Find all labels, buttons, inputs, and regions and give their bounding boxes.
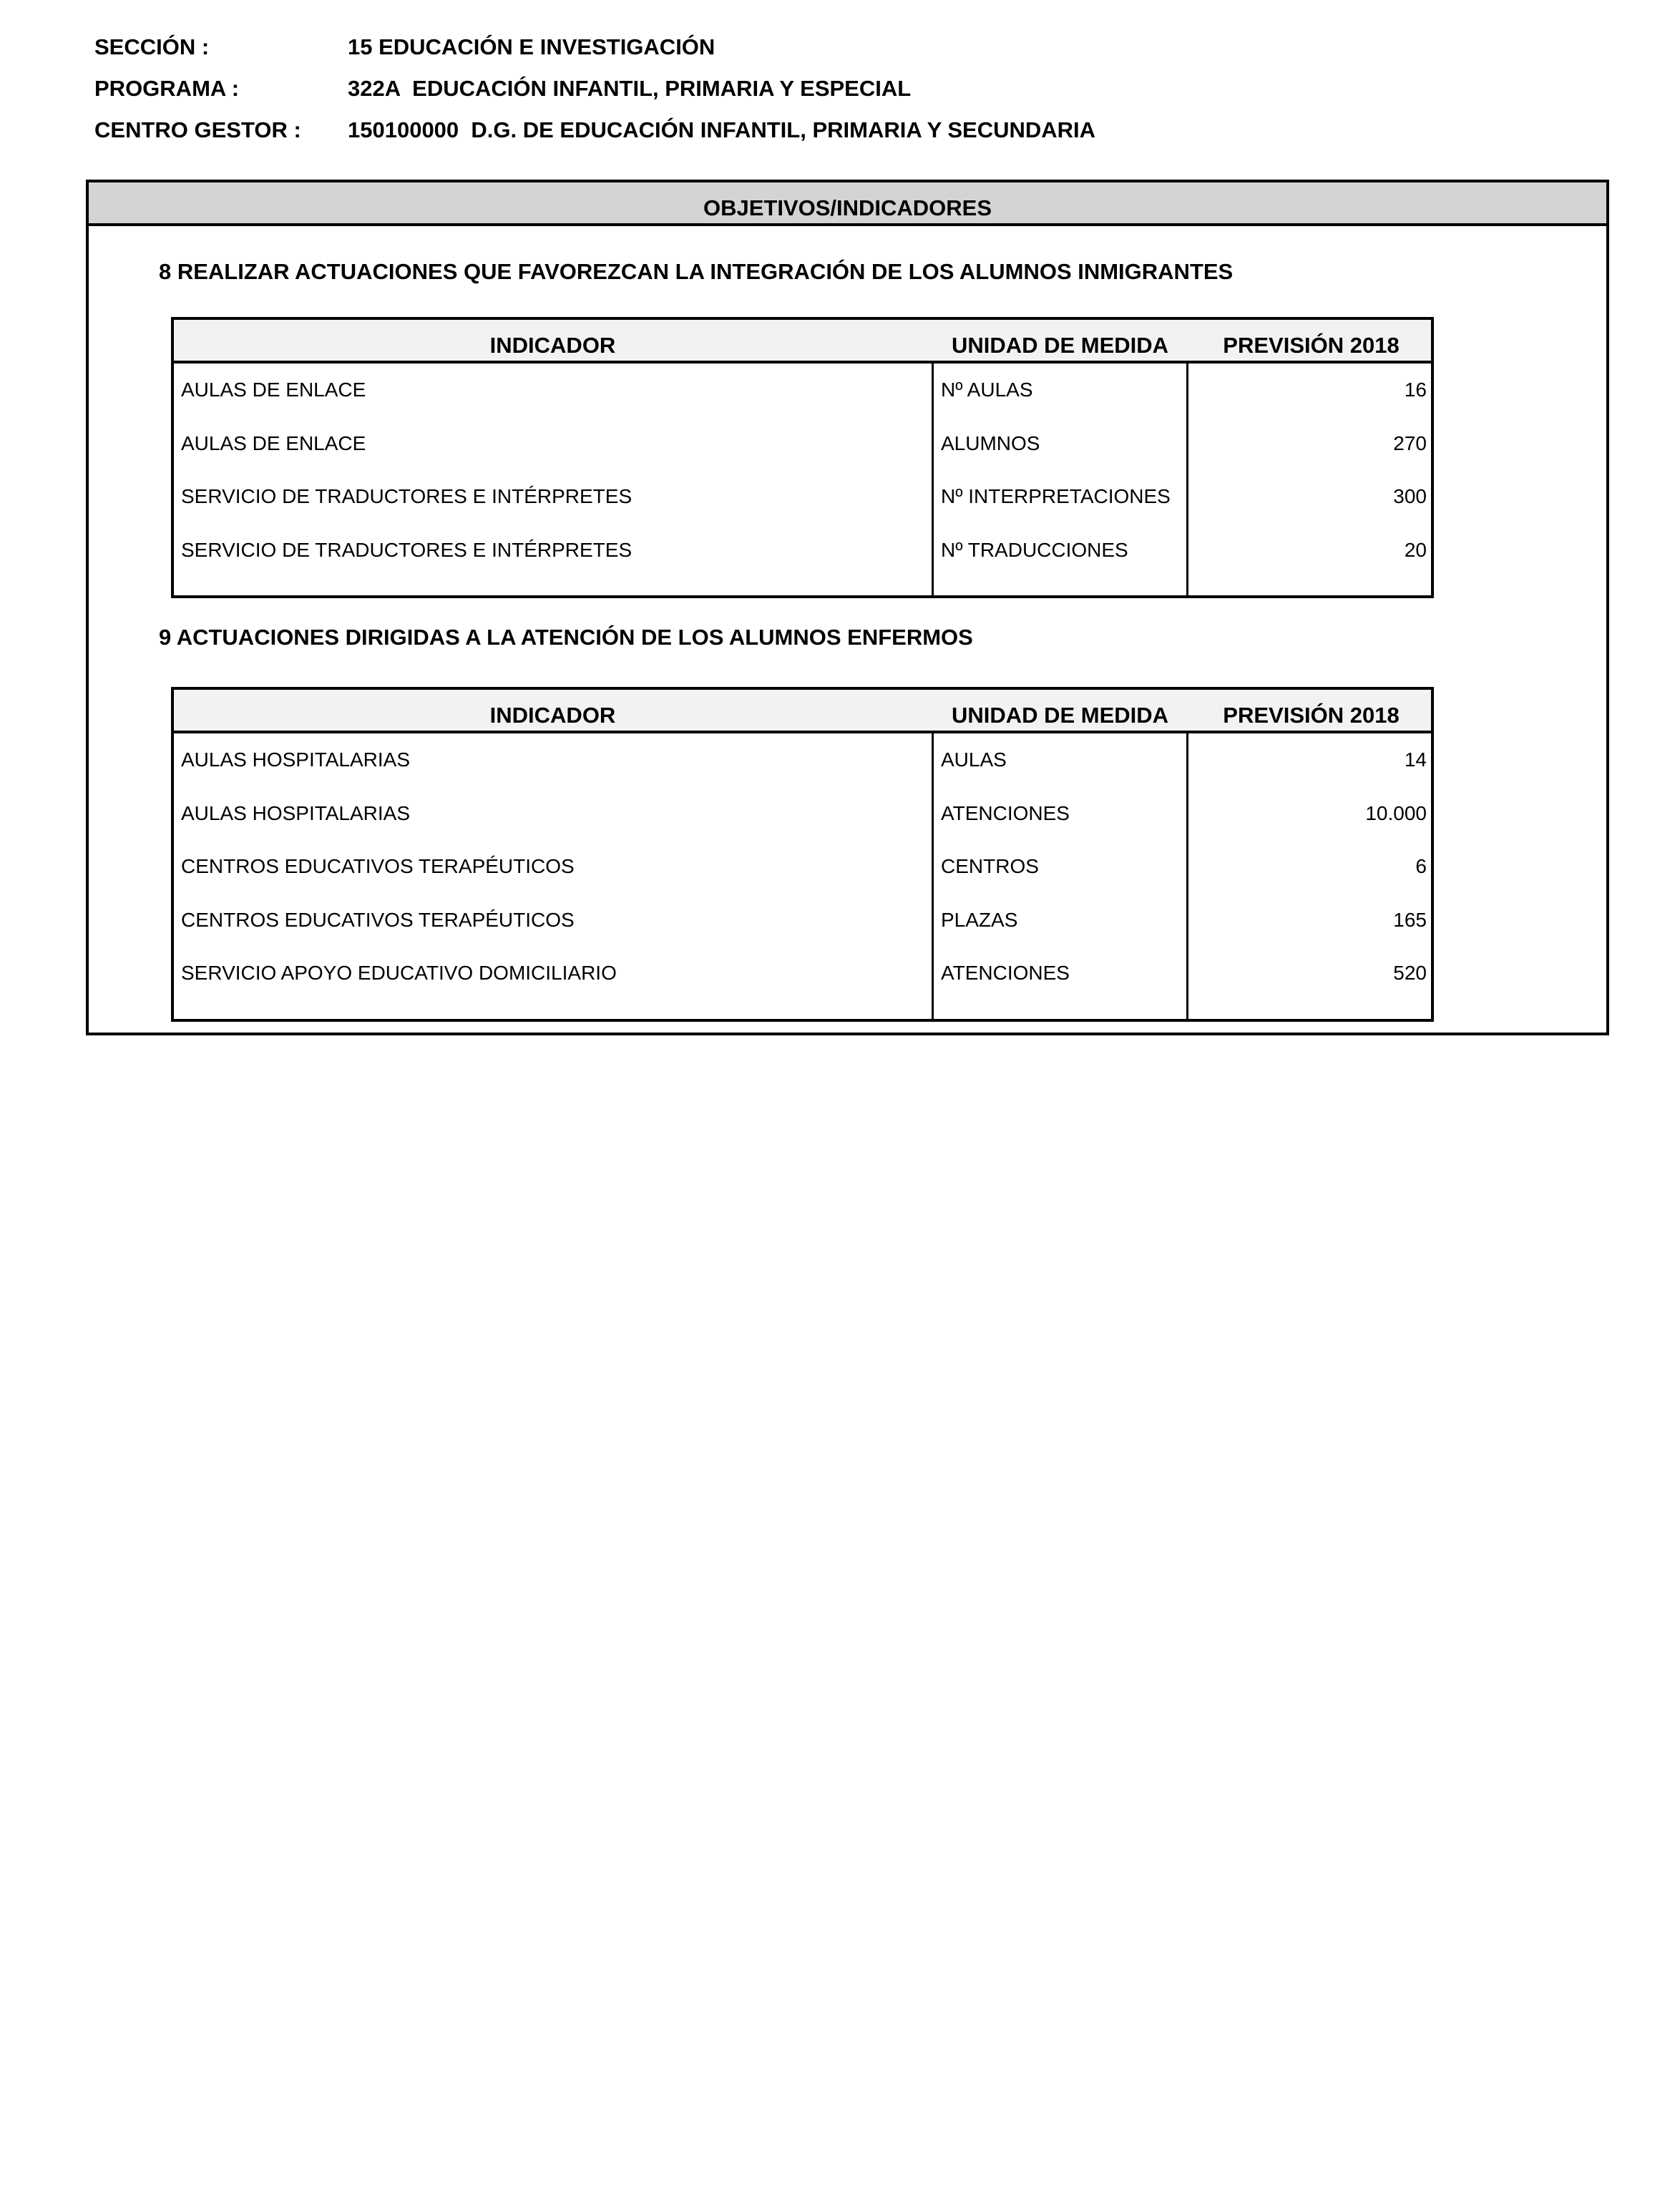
unit-cell: Nº AULAS xyxy=(934,363,1186,416)
forecast-cell: 6 xyxy=(1188,840,1434,893)
forecast-cell: 165 xyxy=(1188,894,1434,947)
indicator-cell: AULAS HOSPITALARIAS xyxy=(174,787,932,840)
unit-cell: CENTROS xyxy=(934,840,1186,893)
indicators-table: INDICADOR UNIDAD DE MEDIDA PREVISIÓN 201… xyxy=(171,687,1434,1022)
column-header-unidad: UNIDAD DE MEDIDA xyxy=(934,320,1186,361)
unit-cell: AULAS xyxy=(934,733,1186,786)
unit-cell: Nº INTERPRETACIONES xyxy=(934,470,1186,523)
table-padding xyxy=(174,1000,1431,1019)
table-row: AULAS HOSPITALARIASATENCIONES10.000 xyxy=(174,787,1431,841)
seccion-label: SECCIÓN : xyxy=(94,34,209,60)
table-row: CENTROS EDUCATIVOS TERAPÉUTICOSCENTROS6 xyxy=(174,840,1431,894)
unit-cell: Nº TRADUCCIONES xyxy=(934,524,1186,577)
indicator-cell: AULAS HOSPITALARIAS xyxy=(174,733,932,786)
indicator-cell: SERVICIO DE TRADUCTORES E INTÉRPRETES xyxy=(174,524,932,577)
centro-gestor-value: 150100000 D.G. DE EDUCACIÓN INFANTIL, PR… xyxy=(348,117,1095,143)
table-row: AULAS HOSPITALARIASAULAS14 xyxy=(174,733,1431,787)
forecast-cell: 20 xyxy=(1188,524,1434,577)
indicator-cell: CENTROS EDUCATIVOS TERAPÉUTICOS xyxy=(174,894,932,947)
table-header: INDICADOR UNIDAD DE MEDIDA PREVISIÓN 201… xyxy=(174,690,1431,733)
forecast-cell: 10.000 xyxy=(1188,787,1434,840)
column-header-indicador: INDICADOR xyxy=(174,690,932,731)
unit-cell: ATENCIONES xyxy=(934,947,1186,1000)
objectives-box: OBJETIVOS/INDICADORES 8 REALIZAR ACTUACI… xyxy=(86,180,1609,1035)
centro-gestor-label: CENTRO GESTOR : xyxy=(94,117,301,143)
forecast-cell: 16 xyxy=(1188,363,1434,416)
programa-value: 322A EDUCACIÓN INFANTIL, PRIMARIA Y ESPE… xyxy=(348,76,911,102)
unit-cell: ALUMNOS xyxy=(934,417,1186,470)
programa-label: PROGRAMA : xyxy=(94,76,239,102)
column-header-unidad: UNIDAD DE MEDIDA xyxy=(934,690,1186,731)
indicators-table: INDICADOR UNIDAD DE MEDIDA PREVISIÓN 201… xyxy=(171,317,1434,598)
table-body: AULAS HOSPITALARIASAULAS14AULAS HOSPITAL… xyxy=(174,733,1431,1019)
objective-title: 8 REALIZAR ACTUACIONES QUE FAVOREZCAN LA… xyxy=(159,259,1233,285)
forecast-cell: 270 xyxy=(1188,417,1434,470)
forecast-cell: 520 xyxy=(1188,947,1434,1000)
table-row: AULAS DE ENLACENº AULAS16 xyxy=(174,363,1431,417)
indicator-cell: SERVICIO APOYO EDUCATIVO DOMICILIARIO xyxy=(174,947,932,1000)
table-row: CENTROS EDUCATIVOS TERAPÉUTICOSPLAZAS165 xyxy=(174,894,1431,947)
indicator-cell: AULAS DE ENLACE xyxy=(174,417,932,470)
table-row: SERVICIO APOYO EDUCATIVO DOMICILIARIOATE… xyxy=(174,947,1431,1000)
table-padding xyxy=(174,577,1431,595)
objective-title: 9 ACTUACIONES DIRIGIDAS A LA ATENCIÓN DE… xyxy=(159,625,973,650)
indicator-cell: AULAS DE ENLACE xyxy=(174,363,932,416)
table-row: SERVICIO DE TRADUCTORES E INTÉRPRETESNº … xyxy=(174,470,1431,524)
indicator-cell: CENTROS EDUCATIVOS TERAPÉUTICOS xyxy=(174,840,932,893)
section-title: OBJETIVOS/INDICADORES xyxy=(89,182,1606,226)
unit-cell: PLAZAS xyxy=(934,894,1186,947)
seccion-value: 15 EDUCACIÓN E INVESTIGACIÓN xyxy=(348,34,715,60)
column-header-indicador: INDICADOR xyxy=(174,320,932,361)
table-row: AULAS DE ENLACEALUMNOS270 xyxy=(174,417,1431,471)
table-body: AULAS DE ENLACENº AULAS16AULAS DE ENLACE… xyxy=(174,363,1431,595)
table-row: SERVICIO DE TRADUCTORES E INTÉRPRETESNº … xyxy=(174,524,1431,577)
indicator-cell: SERVICIO DE TRADUCTORES E INTÉRPRETES xyxy=(174,470,932,523)
table-header: INDICADOR UNIDAD DE MEDIDA PREVISIÓN 201… xyxy=(174,320,1431,363)
forecast-cell: 14 xyxy=(1188,733,1434,786)
unit-cell: ATENCIONES xyxy=(934,787,1186,840)
column-header-prevision: PREVISIÓN 2018 xyxy=(1188,320,1434,361)
column-header-prevision: PREVISIÓN 2018 xyxy=(1188,690,1434,731)
forecast-cell: 300 xyxy=(1188,470,1434,523)
